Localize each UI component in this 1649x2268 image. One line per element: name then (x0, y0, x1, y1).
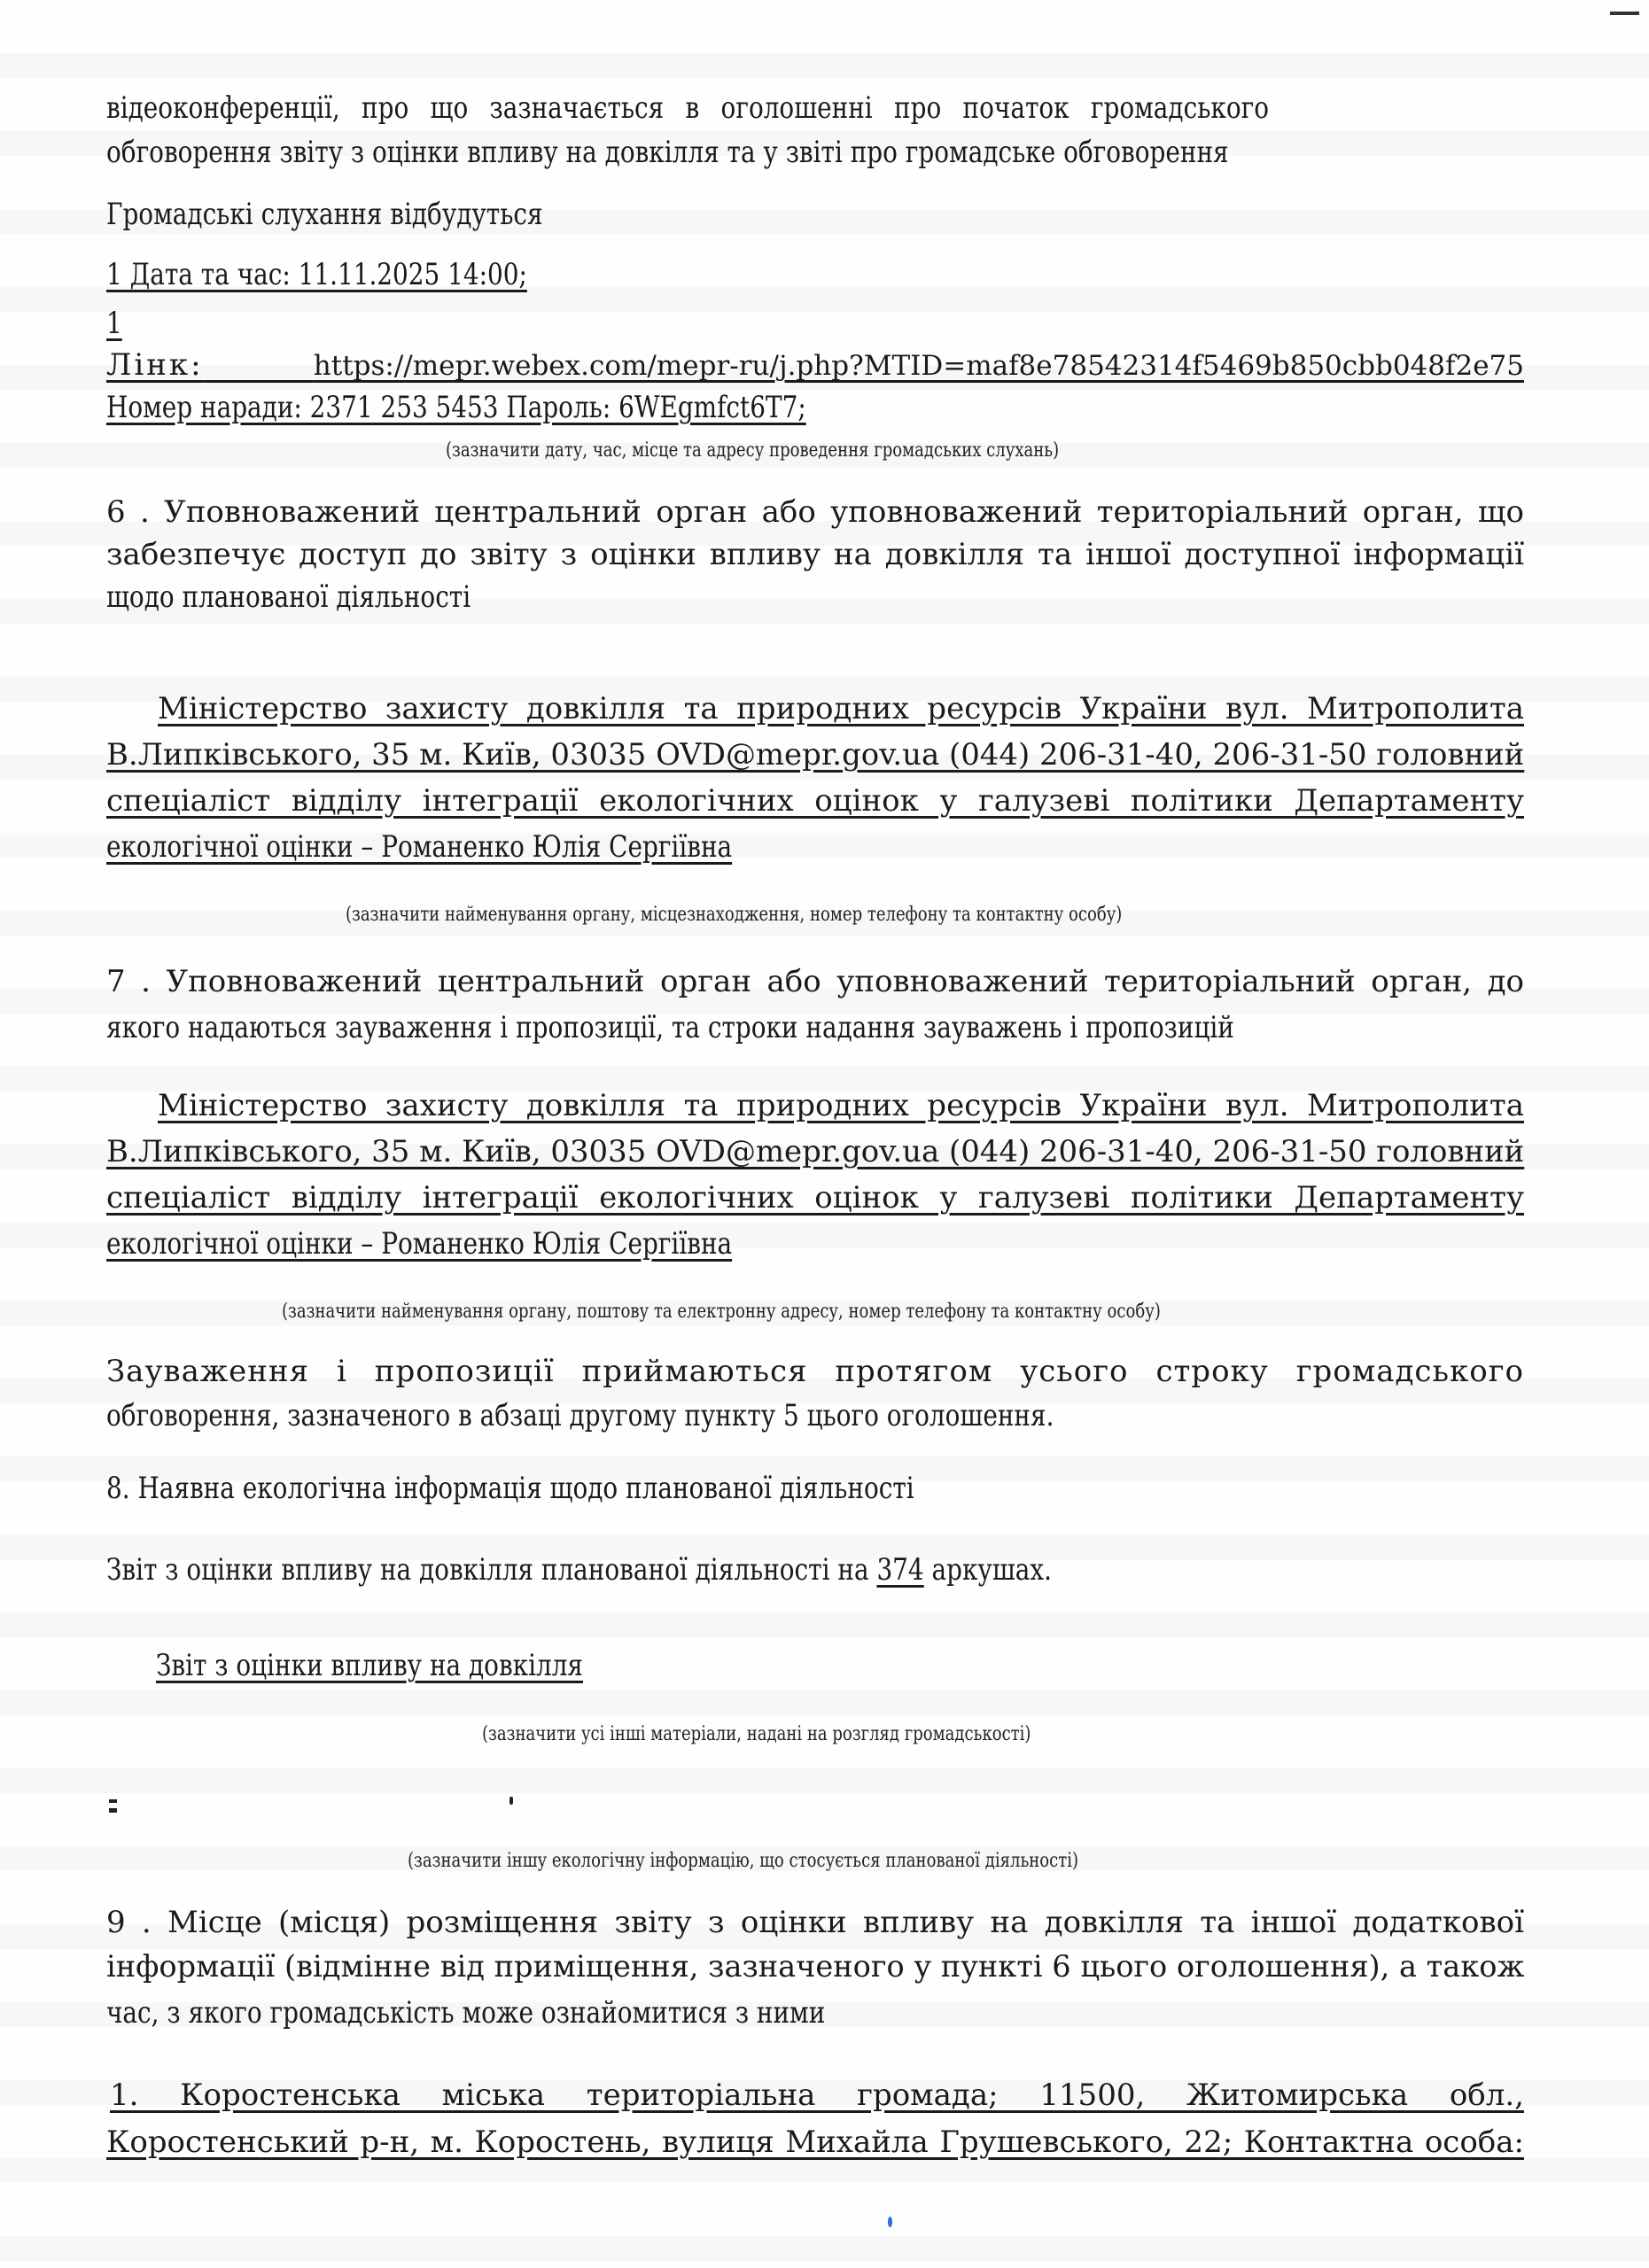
section7-line-1: 7 . Уповноважений центральний орган або … (106, 964, 1524, 999)
other-info-dash-bottom (109, 1808, 117, 1813)
report-prefix: Звіт з оцінки впливу на довкілля планова… (106, 1552, 869, 1588)
intro-line-1: відеоконференції, про що зазначається в … (106, 90, 1269, 126)
report-sheets-count: 374 (876, 1552, 923, 1588)
meeting-info: Номер наради: 2371 253 5453 Пароль: 6WEg… (106, 390, 806, 425)
scan-speck (509, 1797, 513, 1805)
link-url[interactable]: https://mepr.webex.com/mepr-ru/j.php?MTI… (314, 350, 1524, 382)
section6-org-line-1: Міністерство захисту довкілля та природн… (158, 691, 1524, 726)
section6-line-1: 6 . Уповноважений центральний орган або … (106, 494, 1524, 530)
other-info-dash-top (109, 1799, 117, 1803)
scan-edge-mark (1610, 12, 1639, 15)
section7-line-2: якого надаються зауваження і пропозиції,… (106, 1010, 1234, 1045)
materials-line: Звіт з оцінки впливу на довкілля (156, 1648, 583, 1683)
section8-heading: 8. Наявна екологічна інформація щодо пла… (106, 1471, 914, 1506)
blue-ink-speck (888, 2217, 892, 2227)
section9-line-2: інформації (відмінне від приміщення, заз… (106, 1949, 1524, 1984)
place-line-2: Коростенський р-н, м. Коростень, вулиця … (106, 2124, 1524, 2160)
other-info-note: (зазначити іншу екологічну інформацію, щ… (408, 1850, 1078, 1873)
report-suffix: аркушах. (932, 1552, 1052, 1588)
section6-org-line-4: екологічної оцінки – Романенко Юлія Серг… (106, 829, 732, 865)
hearing-date-time: 1 Дата та час: 11.11.2025 14:00; (106, 257, 527, 292)
section7-note: (зазначити найменування органу, поштову … (282, 1301, 1161, 1324)
section6-org-line-3: спеціаліст відділу інтеграції екологічни… (106, 783, 1524, 819)
section7-org-line-3: спеціаліст відділу інтеграції екологічни… (106, 1180, 1524, 1216)
remarks-line-2: обговорення, зазначеного в абзаці другом… (106, 1398, 1054, 1433)
hearing-note: (зазначити дату, час, місце та адресу пр… (446, 439, 1059, 462)
materials-note: (зазначити усі інші матеріали, надані на… (482, 1723, 1031, 1746)
hearing-item-number: 1 (106, 306, 122, 341)
place-line-1: 1. Коростенська міська територіальна гро… (110, 2078, 1524, 2113)
section9-line-3: час, з якого громадськість може ознайоми… (106, 1995, 825, 2031)
section7-org-line-2: В.Липківського, 35 м. Київ, 03035 OVD@me… (106, 1134, 1524, 1169)
report-sheets-line: Звіт з оцінки впливу на довкілля планова… (106, 1552, 1052, 1588)
section7-org-line-4: екологічної оцінки – Романенко Юлія Серг… (106, 1226, 732, 1262)
section9-line-1: 9 . Місце (місця) розміщення звіту з оці… (106, 1905, 1524, 1940)
hearings-heading: Громадські слухання відбудуться (106, 197, 543, 232)
section7-org-line-1: Міністерство захисту довкілля та природн… (158, 1088, 1524, 1123)
section6-note: (зазначити найменування органу, місцезна… (346, 904, 1122, 927)
intro-line-2: обговорення звіту з оцінки впливу на дов… (106, 135, 1229, 170)
remarks-line-1: Зауваження і пропозиції приймаються прот… (106, 1354, 1524, 1389)
document-page: відеоконференції, про що зазначається в … (0, 0, 1649, 2268)
section6-org-line-2: В.Липківського, 35 м. Київ, 03035 OVD@me… (106, 737, 1524, 773)
section6-line-2: забезпечує доступ до звіту з оцінки впли… (106, 537, 1524, 572)
hearing-link[interactable]: Лінк: https://mepr.webex.com/mepr-ru/j.p… (106, 347, 1524, 384)
section6-line-3: щодо планованої діяльності (106, 579, 471, 615)
link-label: Лінк: (106, 347, 204, 383)
